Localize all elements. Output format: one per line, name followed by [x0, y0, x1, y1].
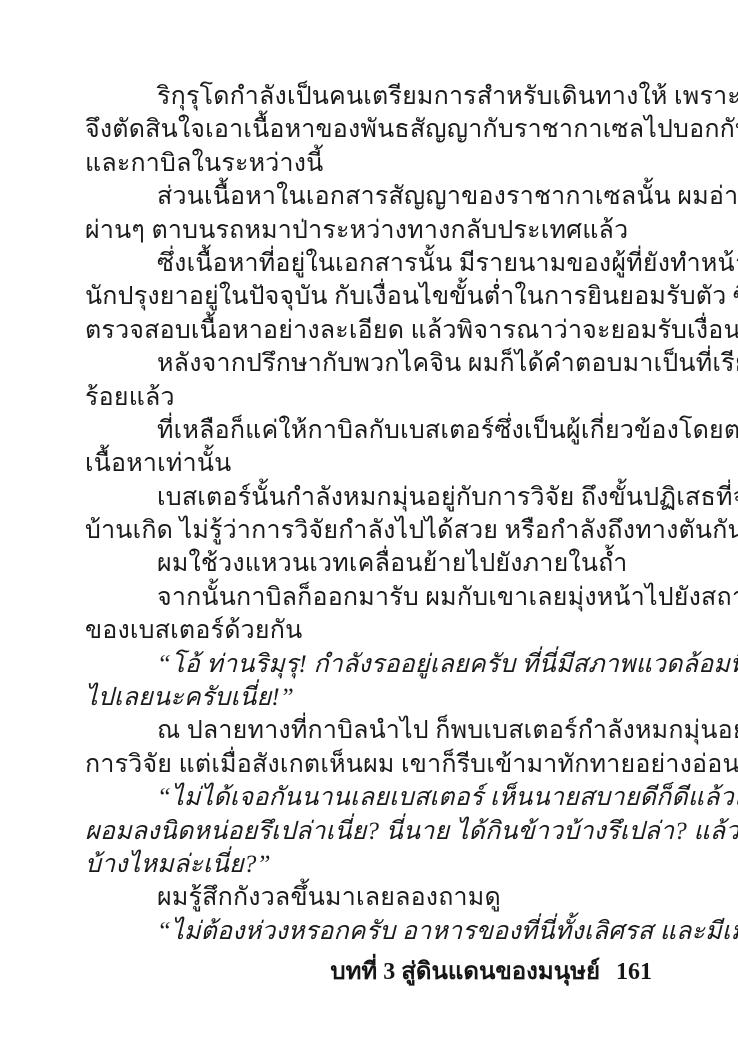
- body-text-block: ริกุรุโดกำลังเป็นคนเตรียมการสำหรับเดินทา…: [85, 80, 655, 948]
- body-text-line: นักปรุงยาอยู่ในปัจจุบัน กับเงื่อนไขขั้นต…: [85, 280, 655, 313]
- body-text-line: จึงตัดสินใจเอาเนื้อหาของพันธสัญญากับราชา…: [85, 113, 655, 146]
- body-text-line: การวิจัย แต่เมื่อสังเกตเห็นผม เขาก็รีบเข…: [85, 748, 655, 781]
- body-text-line: “โอ้ ท่านริมุรุ! กำลังรออยู่เลยครับ ที่น…: [85, 648, 655, 681]
- body-text-line: ตรวจสอบเนื้อหาอย่างละเอียด แล้วพิจารณาว่…: [85, 314, 655, 347]
- body-text-line: ผอมลงนิดหน่อยรึเปล่าเนี่ย? นี่นาย ได้กิน…: [85, 815, 655, 848]
- body-text-line: “ไม่ได้เจอกันนานเลยเบสเตอร์ เห็นนายสบายด…: [85, 781, 655, 814]
- body-text-line: บ้างไหมล่ะเนี่ย?”: [85, 848, 655, 881]
- body-text-line: ที่เหลือก็แค่ให้กาบิลกับเบสเตอร์ซึ่งเป็น…: [85, 414, 655, 447]
- body-text-line: บ้านเกิด ไม่รู้ว่าการวิจัยกำลังไปได้สวย …: [85, 514, 655, 547]
- chapter-title: บทที่ 3 สู่ดินแดนของมนุษย์: [330, 959, 600, 985]
- body-text-line: ผมใช้วงแหวนเวทเคลื่อนย้ายไปยังภายในถ้ำ: [85, 547, 655, 580]
- body-text-line: ณ ปลายทางที่กาบิลนำไป ก็พบเบสเตอร์กำลังห…: [85, 714, 655, 747]
- body-text-line: ผ่านๆ ตาบนรถหมาป่าระหว่างทางกลับประเทศแล…: [85, 214, 655, 247]
- body-text-line: เนื้อหาเท่านั้น: [85, 447, 655, 480]
- body-text-line: ผมรู้สึกกังวลขึ้นมาเลยลองถามดู: [85, 881, 655, 914]
- body-text-line: เบสเตอร์นั้นกำลังหมกมุ่นอยู่กับการวิจัย …: [85, 481, 655, 514]
- body-text-line: ริกุรุโดกำลังเป็นคนเตรียมการสำหรับเดินทา…: [85, 80, 655, 113]
- page-footer: บทที่ 3 สู่ดินแดนของมนุษย์ 161: [330, 951, 652, 990]
- body-text-line: จากนั้นกาบิลก็ออกมารับ ผมกับเขาเลยมุ่งหน…: [85, 581, 655, 614]
- body-text-line: ร้อยแล้ว: [85, 381, 655, 414]
- body-text-line: ส่วนเนื้อหาในเอกสารสัญญาของราชากาเซลนั้น…: [85, 180, 655, 213]
- body-text-line: และกาบิลในระหว่างนี้: [85, 147, 655, 180]
- book-page: ริกุรุโดกำลังเป็นคนเตรียมการสำหรับเดินทา…: [0, 0, 738, 1051]
- page-number: 161: [616, 959, 652, 985]
- body-text-line: “ไม่ต้องห่วงหรอกครับ อาหารของที่นี่ทั้งเ…: [85, 915, 655, 948]
- body-text-line: ของเบสเตอร์ด้วยกัน: [85, 614, 655, 647]
- body-text-line: หลังจากปรึกษากับพวกไคจิน ผมก็ได้คำตอบมาเ…: [85, 347, 655, 380]
- body-text-line: ไปเลยนะครับเนี่ย!”: [85, 681, 655, 714]
- body-text-line: ซึ่งเนื้อหาที่อยู่ในเอกสารนั้น มีรายนามข…: [85, 247, 655, 280]
